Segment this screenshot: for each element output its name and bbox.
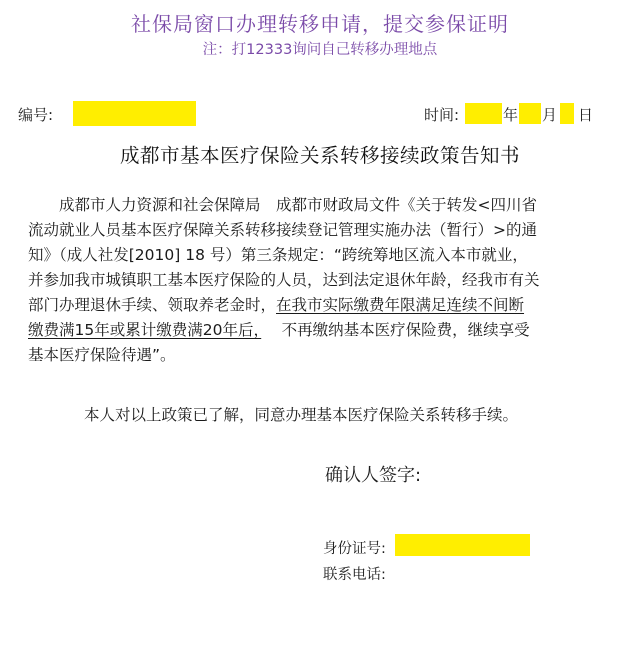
day-label: 日 — [578, 104, 593, 125]
paragraph-line: 并参加我市城镇职工基本医疗保险的人员，达到法定退休年龄，经我市有关 — [28, 268, 600, 293]
paragraph-line: 知》（成人社发[2010] 18 号）第三条规定：“跨统筹地区流入本市就业， — [28, 243, 600, 268]
id-number-label: 身份证号: — [323, 537, 386, 558]
header-title: 社保局窗口办理转移申请，提交参保证明 — [0, 8, 640, 37]
month-label: 月 — [542, 104, 557, 125]
paragraph-line: 基本医疗保险待遇”。 — [28, 343, 600, 368]
paragraph-line: 缴费满15年或累计缴费满20年后， 不再缴纳基本医疗保险费，继续享受 — [28, 318, 600, 343]
line6-plain: 不再缴纳基本医疗保险费，继续享受 — [261, 321, 529, 339]
line5-plain: 部门办理退休手续、领取养老金时， — [28, 296, 276, 314]
year-label: 年 — [503, 104, 518, 125]
month-redaction — [519, 103, 541, 124]
underlined-clause-part1: 在我市实际缴费年限满足连续不间断 — [276, 296, 524, 314]
header-note: 注：打12333询问自己转移办理地点 — [0, 38, 640, 59]
time-label: 时间: — [424, 104, 459, 125]
number-label: 编号: — [18, 104, 53, 125]
agreement-statement: 本人对以上政策已了解，同意办理基本医疗保险关系转移手续。 — [84, 403, 518, 425]
number-redaction — [73, 101, 196, 126]
id-number-redaction — [395, 534, 530, 556]
document-title: 成都市基本医疗保险关系转移接续政策告知书 — [0, 140, 640, 168]
paragraph-line: 部门办理退休手续、领取养老金时，在我市实际缴费年限满足连续不间断 — [28, 293, 600, 318]
day-redaction — [560, 103, 574, 124]
paragraph-line: 成都市人力资源和社会保障局 成都市财政局文件《关于转发<四川省 — [28, 193, 600, 218]
signature-label: 确认人签字: — [325, 461, 421, 487]
policy-paragraph: 成都市人力资源和社会保障局 成都市财政局文件《关于转发<四川省 流动就业人员基本… — [28, 193, 600, 368]
phone-label: 联系电话: — [323, 563, 386, 584]
underlined-clause-part2: 缴费满15年或累计缴费满20年后， — [28, 321, 261, 339]
year-redaction — [465, 103, 502, 124]
paragraph-line: 流动就业人员基本医疗保障关系转移接续登记管理实施办法（暂行）>的通 — [28, 218, 600, 243]
